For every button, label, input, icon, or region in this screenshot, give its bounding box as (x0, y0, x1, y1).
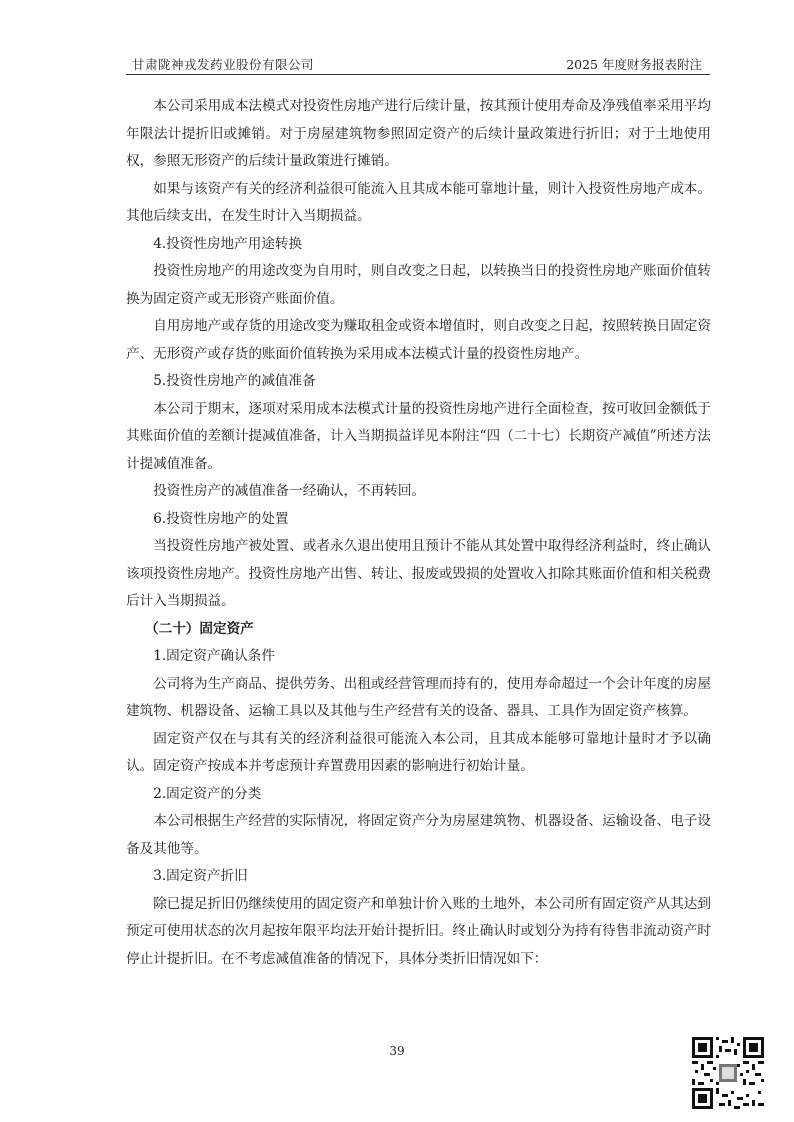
subheading: 1.固定资产确认条件 (126, 643, 711, 671)
paragraph: 投资性房产的减值准备一经确认，不再转回。 (126, 478, 711, 506)
page-header: 甘肃陇神戎发药业股份有限公司 2025 年度财务报表附注 (126, 52, 710, 75)
paragraph: 当投资性房地产被处置、或者永久退出使用且预计不能从其处置中取得经济利益时，终止确… (126, 533, 711, 616)
paragraph: 自用房地产或存货的用途改变为赚取租金或资本增值时，则自改变之日起，按照转换日固定… (126, 313, 711, 368)
paragraph: 本公司根据生产经营的实际情况，将固定资产分为房屋建筑物、机器设备、运输设备、电子… (126, 808, 711, 863)
paragraph: 本公司于期末，逐项对采用成本法模式计量的投资性房地产进行全面检查，按可收回金额低… (126, 396, 711, 479)
header-report-title: 2025 年度财务报表附注 (566, 55, 702, 73)
subheading: 2.固定资产的分类 (126, 781, 711, 809)
paragraph: 公司将为生产商品、提供劳务、出租或经营管理而持有的，使用寿命超过一个会计年度的房… (126, 671, 711, 726)
subheading: 6.投资性房地产的处置 (126, 506, 711, 534)
section-heading: （二十）固定资产 (126, 616, 711, 644)
document-body: 本公司采用成本法模式对投资性房地产进行后续计量，按其预计使用寿命及净残值率采用平… (126, 93, 711, 973)
paragraph: 本公司采用成本法模式对投资性房地产进行后续计量，按其预计使用寿命及净残值率采用平… (126, 93, 711, 176)
paragraph: 投资性房地产的用途改变为自用时，则自改变之日起，以转换当日的投资性房地产账面价值… (126, 258, 711, 313)
page-number: 39 (0, 1044, 794, 1058)
paragraph: 除已提足折旧仍继续使用的固定资产和单独计价入账的土地外，本公司所有固定资产从其达… (126, 891, 711, 974)
subheading: 3.固定资产折旧 (126, 863, 711, 891)
qr-code-icon (692, 1037, 764, 1109)
subheading: 5.投资性房地产的减值准备 (126, 368, 711, 396)
subheading: 4.投资性房地产用途转换 (126, 231, 711, 259)
paragraph: 固定资产仅在与其有关的经济利益很可能流入本公司，且其成本能够可靠地计量时才予以确… (126, 726, 711, 781)
header-company-name: 甘肃陇神戎发药业股份有限公司 (132, 55, 314, 73)
paragraph: 如果与该资产有关的经济利益很可能流入且其成本能可靠地计量，则计入投资性房地产成本… (126, 176, 711, 231)
